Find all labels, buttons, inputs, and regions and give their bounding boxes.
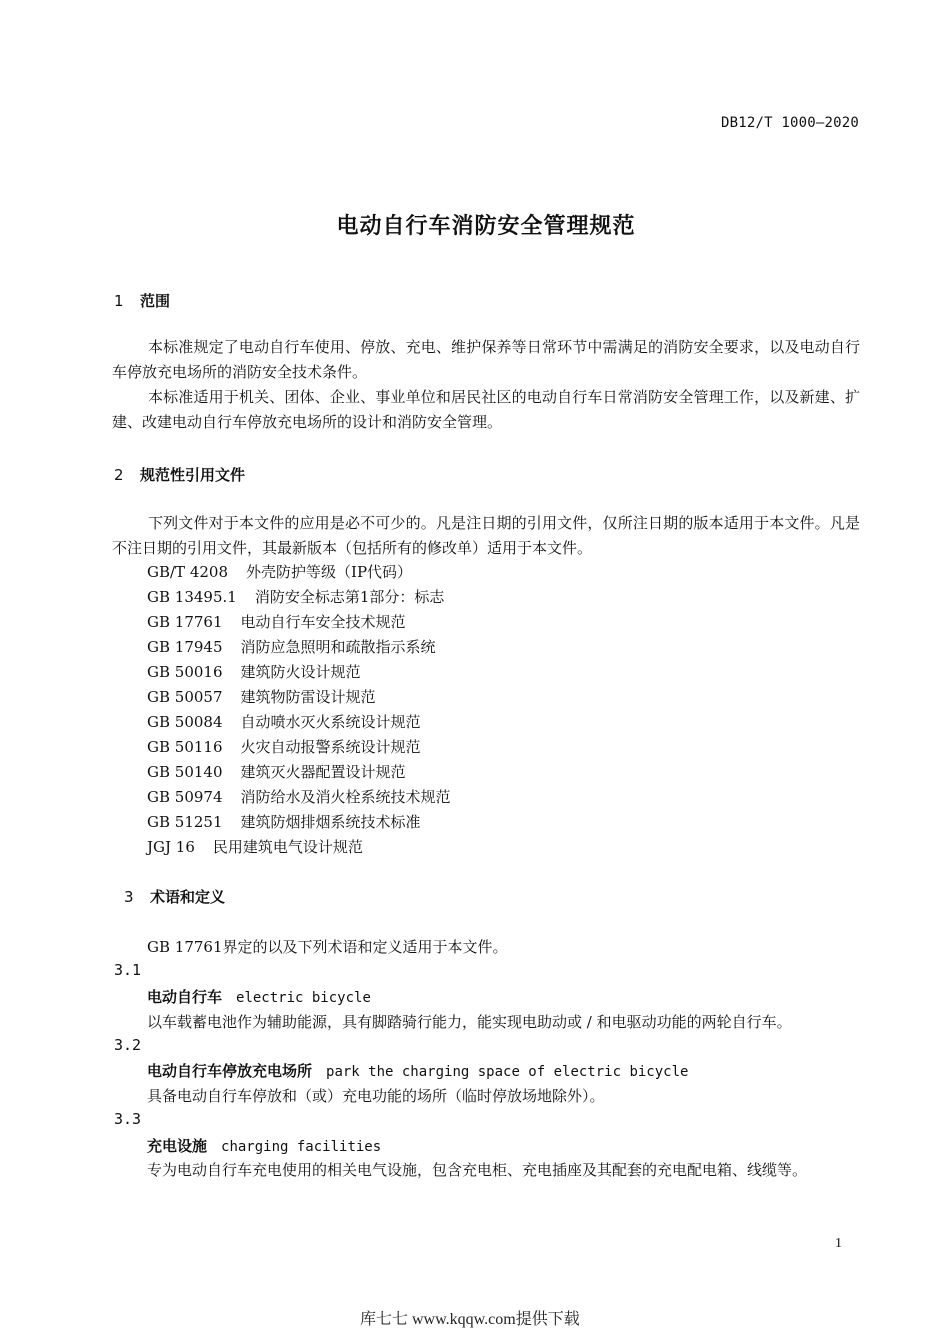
reference-item: GB 50140建筑灭火器配置设计规范 (147, 761, 406, 782)
section-title: 规范性引用文件 (140, 466, 245, 484)
reference-code: GB 50116 (147, 738, 223, 756)
term-zh: 电动自行车 (147, 988, 222, 1006)
reference-title: 电动自行车安全技术规范 (241, 613, 406, 631)
reference-title: 消防应急照明和疏散指示系统 (241, 638, 436, 656)
term-heading: 电动自行车停放充电场所park the charging space of el… (147, 1060, 688, 1081)
reference-item: GB/T 4208外壳防护等级（IP代码） (147, 561, 412, 582)
reference-title: 建筑防烟排烟系统技术标准 (241, 813, 421, 831)
reference-item: JGJ 16民用建筑电气设计规范 (147, 836, 363, 857)
term-heading: 电动自行车electric bicycle (147, 986, 371, 1007)
reference-title: 消防安全标志第1部分：标志 (255, 588, 445, 606)
reference-title: 火灾自动报警系统设计规范 (241, 738, 421, 756)
reference-title: 自动喷水灭火系统设计规范 (241, 713, 421, 731)
term-number: 3.1 (114, 961, 141, 979)
reference-code: GB/T 4208 (147, 563, 228, 581)
term-definition: 专为电动自行车充电使用的相关电气设施，包含充电柜、充电插座及其配套的充电配电箱、… (147, 1159, 807, 1180)
reference-code: GB 50140 (147, 763, 223, 781)
reference-code: GB 17761 (147, 613, 223, 631)
term-heading: 充电设施charging facilities (147, 1135, 381, 1156)
section-number: 1 (114, 292, 140, 310)
reference-title: 民用建筑电气设计规范 (213, 838, 363, 856)
document-id: DB12/T 1000—2020 (721, 115, 859, 131)
reference-item: GB 17945消防应急照明和疏散指示系统 (147, 636, 436, 657)
term-zh: 电动自行车停放充电场所 (147, 1062, 312, 1080)
page-number: 1 (835, 1236, 842, 1252)
paragraph: 本标准适用于机关、团体、企业、事业单位和居民社区的电动自行车日常消防安全管理工作… (112, 385, 860, 435)
reference-code: GB 50016 (147, 663, 223, 681)
reference-item: GB 50084自动喷水灭火系统设计规范 (147, 711, 421, 732)
section-heading-3: 3术语和定义 (124, 886, 225, 907)
download-footer: 库七七 www.kqqw.com提供下载 (360, 1306, 580, 1329)
section-number: 2 (114, 466, 140, 484)
term-en: park the charging space of electric bicy… (326, 1064, 688, 1080)
reference-code: GB 50974 (147, 788, 223, 806)
term-number: 3.3 (114, 1110, 141, 1128)
reference-item: GB 17761电动自行车安全技术规范 (147, 611, 406, 632)
section-number: 3 (124, 888, 150, 906)
reference-item: GB 51251建筑防烟排烟系统技术标准 (147, 811, 421, 832)
reference-title: 建筑防火设计规范 (241, 663, 361, 681)
term-definition: 以车载蓄电池作为辅助能源，具有脚踏骑行能力，能实现电助动或 / 和电驱动功能的两… (147, 1011, 792, 1032)
paragraph: 本标准规定了电动自行车使用、停放、充电、维护保养等日常环节中需满足的消防安全要求… (112, 335, 860, 385)
section-title: 范围 (140, 292, 170, 310)
reference-code: GB 17945 (147, 638, 223, 656)
reference-title: 建筑物防雷设计规范 (241, 688, 376, 706)
section-intro: GB 17761界定的以及下列术语和定义适用于本文件。 (147, 936, 508, 957)
term-definition: 具备电动自行车停放和（或）充电功能的场所（临时停放场地除外）。 (147, 1085, 605, 1106)
reference-item: GB 50016建筑防火设计规范 (147, 661, 361, 682)
term-en: electric bicycle (236, 990, 371, 1006)
reference-item: GB 50974消防给水及消火栓系统技术规范 (147, 786, 451, 807)
reference-item: GB 50116火灾自动报警系统设计规范 (147, 736, 421, 757)
page-title: 电动自行车消防安全管理规范 (0, 209, 950, 240)
reference-title: 建筑灭火器配置设计规范 (241, 763, 406, 781)
reference-title: 消防给水及消火栓系统技术规范 (241, 788, 451, 806)
reference-item: GB 13495.1消防安全标志第1部分：标志 (147, 586, 444, 607)
term-zh: 充电设施 (147, 1137, 207, 1155)
reference-code: GB 13495.1 (147, 588, 237, 606)
reference-code: GB 51251 (147, 813, 223, 831)
reference-code: GB 50057 (147, 688, 223, 706)
reference-code: GB 50084 (147, 713, 223, 731)
reference-code: JGJ 16 (147, 838, 195, 856)
term-number: 3.2 (114, 1036, 141, 1054)
section-title: 术语和定义 (150, 888, 225, 906)
reference-item: GB 50057建筑物防雷设计规范 (147, 686, 376, 707)
section-heading-2: 2规范性引用文件 (114, 464, 245, 485)
paragraph: 下列文件对于本文件的应用是必不可少的。凡是注日期的引用文件，仅所注日期的版本适用… (112, 511, 860, 561)
term-en: charging facilities (221, 1139, 381, 1155)
reference-title: 外壳防护等级（IP代码） (246, 563, 412, 581)
section-heading-1: 1范围 (114, 290, 170, 311)
